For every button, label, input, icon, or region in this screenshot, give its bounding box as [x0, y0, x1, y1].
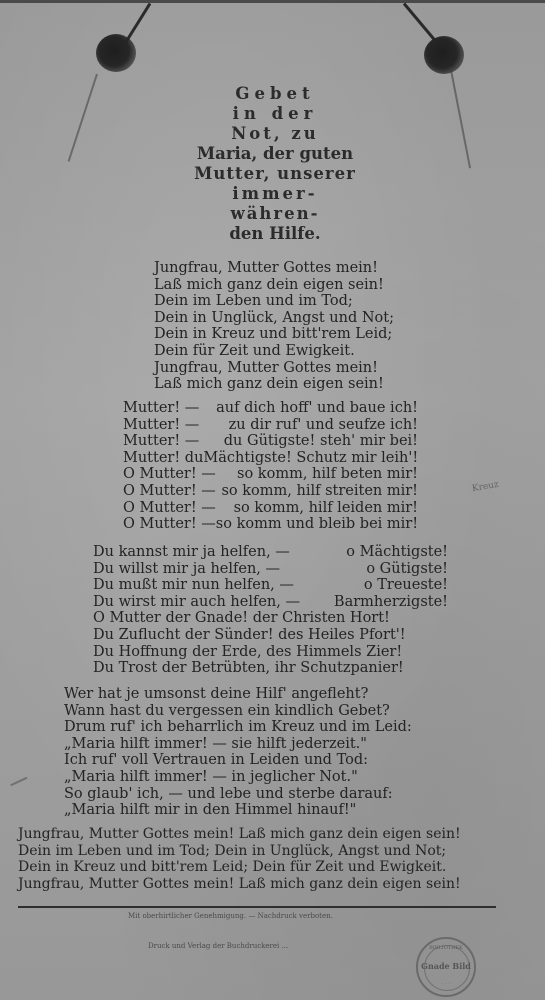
- verse-line: Dein im Leben und im Tod; Dein in Unglüc…: [18, 843, 496, 860]
- verse-petition: so komm, hilf leiden mir!: [234, 500, 418, 517]
- verse-part: o Treueste!: [364, 577, 448, 594]
- title-line: Not, zu: [150, 124, 400, 144]
- title-line: Gebet: [150, 84, 400, 104]
- stanza-3: Du kannst mir ja helfen, —o Mächtigste! …: [93, 544, 448, 677]
- verse-petition: so komm, hilf streiten mir!: [221, 483, 418, 500]
- verse-line: Dein in Kreuz und bitt'rem Leid;: [154, 326, 399, 343]
- title-line: in der: [150, 104, 400, 124]
- verse-line: Laß mich ganz dein eigen sein!: [154, 376, 399, 393]
- verse-line: O Mutter! —so komm und bleib bei mir!: [123, 516, 418, 533]
- verse-line: Mutter! —auf dich hoff' und baue ich!: [123, 400, 418, 417]
- verse-line: Du Zuflucht der Sünder! des Heiles Pfort…: [93, 627, 448, 644]
- verse-part: Barmherzigste!: [334, 594, 448, 611]
- verse-line: Du mußt mir nun helfen, —o Treueste!: [93, 577, 448, 594]
- verse-part: Du mußt mir nun helfen, —: [93, 577, 294, 594]
- verse-line: „Maria hilft immer! — in jeglicher Not.": [64, 769, 464, 786]
- stamp-center-text: Gnade Bild: [418, 961, 474, 971]
- verse-invocation: O Mutter! —: [123, 500, 216, 517]
- verse-line: Jungfrau, Mutter Gottes mein! Laß mich g…: [18, 826, 496, 843]
- verse-part: Du kannst mir ja helfen, —: [93, 544, 290, 561]
- stanza-1: Jungfrau, Mutter Gottes mein! Laß mich g…: [154, 260, 399, 393]
- title-line: den Hilfe.: [150, 224, 400, 244]
- verse-part: Du willst mir ja helfen, —: [93, 561, 280, 578]
- verse-petition: du Gütigste! steh' mir bei!: [224, 433, 418, 450]
- verse-line: Wer hat je umsonst deine Hilf' angefleht…: [64, 686, 464, 703]
- printer-note: Druck und Verlag der Buchdruckerei ...: [148, 942, 288, 950]
- margin-mark: Kreuz: [471, 480, 499, 495]
- verse-line: „Maria hilft immer! — sie hilft jederzei…: [64, 736, 464, 753]
- verse-part: Du Hoffnung der Erde, des Himmels Zier!: [93, 644, 402, 661]
- verse-line: Mutter! —zu dir ruf' und seufze ich!: [123, 417, 418, 434]
- left-margin-smudge: [10, 777, 31, 795]
- verse-line: Jungfrau, Mutter Gottes mein!: [154, 260, 399, 277]
- verse-invocation: Mutter! du: [123, 450, 203, 467]
- verse-line: Du Hoffnung der Erde, des Himmels Zier!: [93, 644, 448, 661]
- top-edge-shadow: [0, 0, 545, 3]
- verse-line: Du kannst mir ja helfen, —o Mächtigste!: [93, 544, 448, 561]
- verse-line: Mutter! duMächtigste! Schutz mir leih'!: [123, 450, 418, 467]
- title-line: immer-: [150, 184, 400, 204]
- verse-line: Drum ruf' ich beharrlich im Kreuz und im…: [64, 719, 464, 736]
- verse-petition: so komm und bleib bei mir!: [216, 516, 418, 533]
- verse-part: O Mutter der Gnade! der Christen Hort!: [93, 610, 390, 627]
- verse-line: Laß mich ganz dein eigen sein!: [154, 277, 399, 294]
- verse-line: Du wirst mir auch helfen, —Barmherzigste…: [93, 594, 448, 611]
- verse-invocation: O Mutter! —: [123, 516, 216, 533]
- stanza-4: Wer hat je umsonst deine Hilf' angefleht…: [64, 686, 464, 819]
- verse-line: Ich ruf' voll Vertrauen in Leiden und To…: [64, 752, 464, 769]
- verse-part: o Mächtigste!: [346, 544, 448, 561]
- imprimatur-note: Mit oberhirtlicher Genehmigung. — Nachdr…: [128, 912, 333, 920]
- verse-part: o Gütigste!: [366, 561, 448, 578]
- verse-line: Du Trost der Betrübten, ihr Schutzpanier…: [93, 660, 448, 677]
- stanza-2: Mutter! —auf dich hoff' und baue ich! Mu…: [123, 400, 418, 533]
- verse-petition: Mächtigste! Schutz mir leih'!: [203, 450, 418, 467]
- verse-line: Dein in Unglück, Angst und Not;: [154, 310, 399, 327]
- verse-line: Du willst mir ja helfen, —o Gütigste!: [93, 561, 448, 578]
- left-pin-icon: [96, 34, 136, 72]
- verse-invocation: O Mutter! —: [123, 483, 216, 500]
- verse-line: „Maria hilft mir in den Himmel hinauf!": [64, 802, 464, 819]
- verse-invocation: Mutter! —: [123, 433, 199, 450]
- verse-line: Jungfrau, Mutter Gottes mein!: [154, 360, 399, 377]
- bottom-rule: [18, 906, 496, 908]
- left-paper-tear: [68, 74, 98, 162]
- title-line: Mutter, unserer: [150, 164, 400, 184]
- verse-line: O Mutter! —so komm, hilf leiden mir!: [123, 500, 418, 517]
- prayer-sheet: Gebet in der Not, zu Maria, der guten Mu…: [0, 0, 545, 1000]
- stamp-bottom-text: · · ·: [418, 981, 474, 987]
- verse-line: Jungfrau, Mutter Gottes mein! Laß mich g…: [18, 876, 496, 893]
- verse-line: Dein für Zeit und Ewigkeit.: [154, 343, 399, 360]
- verse-line: O Mutter der Gnade! der Christen Hort!: [93, 610, 448, 627]
- title-line: währen-: [150, 204, 400, 224]
- library-stamp: BIBLIOTHEK Gnade Bild · · ·: [416, 937, 476, 997]
- verse-invocation: O Mutter! —: [123, 466, 216, 483]
- verse-petition: auf dich hoff' und baue ich!: [216, 400, 418, 417]
- verse-invocation: Mutter! —: [123, 417, 199, 434]
- verse-line: O Mutter! —so komm, hilf streiten mir!: [123, 483, 418, 500]
- verse-line: Mutter! —du Gütigste! steh' mir bei!: [123, 433, 418, 450]
- verse-line: Wann hast du vergessen ein kindlich Gebe…: [64, 703, 464, 720]
- title-line: Maria, der guten: [150, 144, 400, 164]
- right-hanging-wire: [403, 3, 436, 42]
- verse-line: Dein in Kreuz und bitt'rem Leid; Dein fü…: [18, 859, 496, 876]
- verse-part: Du Trost der Betrübten, ihr Schutzpanier…: [93, 660, 404, 677]
- right-pin-icon: [424, 36, 464, 74]
- prayer-title: Gebet in der Not, zu Maria, der guten Mu…: [150, 84, 400, 244]
- verse-invocation: Mutter! —: [123, 400, 199, 417]
- verse-petition: so komm, hilf beten mir!: [237, 466, 418, 483]
- verse-part: Du wirst mir auch helfen, —: [93, 594, 300, 611]
- closing-stanza: Jungfrau, Mutter Gottes mein! Laß mich g…: [18, 826, 496, 892]
- verse-part: Du Zuflucht der Sünder! des Heiles Pfort…: [93, 627, 406, 644]
- verse-line: So glaub' ich, — und lebe und sterbe dar…: [64, 786, 464, 803]
- verse-line: Dein im Leben und im Tod;: [154, 293, 399, 310]
- verse-line: O Mutter! —so komm, hilf beten mir!: [123, 466, 418, 483]
- verse-petition: zu dir ruf' und seufze ich!: [229, 417, 418, 434]
- right-paper-tear: [450, 70, 471, 169]
- stamp-top-text: BIBLIOTHEK: [418, 945, 474, 951]
